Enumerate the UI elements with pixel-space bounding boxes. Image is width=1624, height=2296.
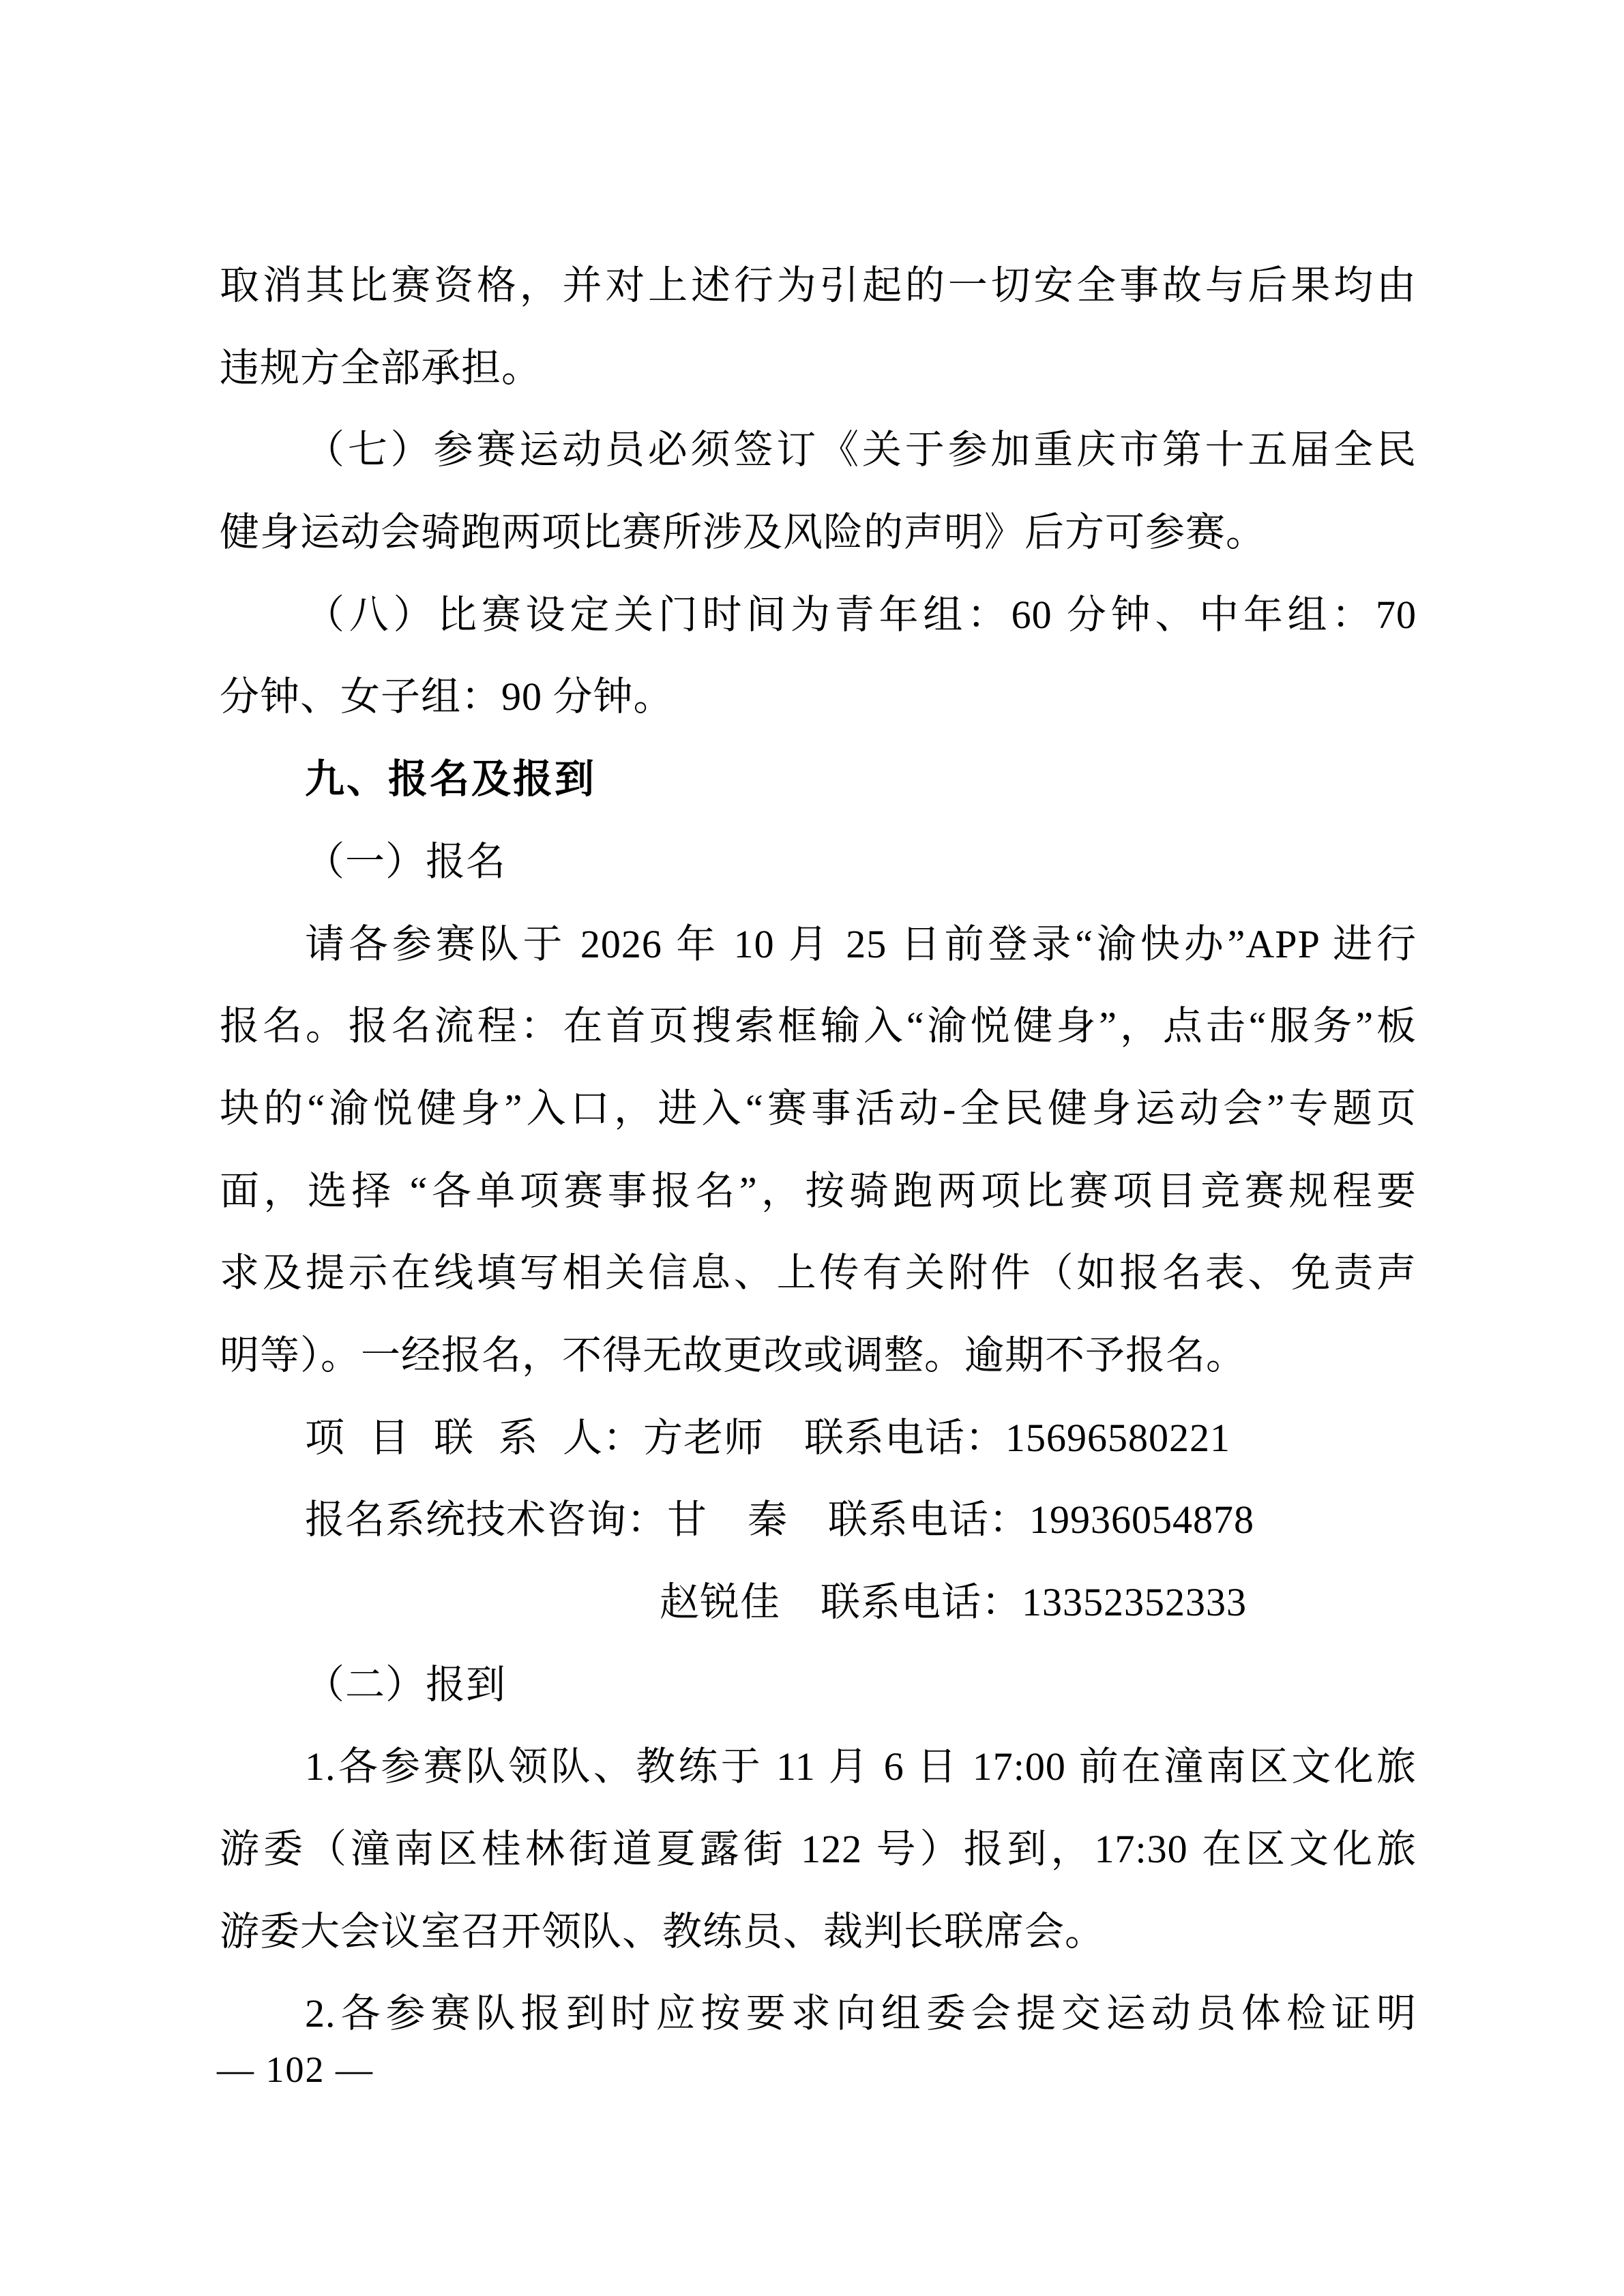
text-line: 健身运动会骑跑两项比赛所涉及风险的声明》后方可参赛。 [220, 492, 1417, 574]
contact-line: 项 目 联 系 人：方老师 联系电话：15696580221 [220, 1397, 1417, 1480]
text-line: 违规方全部承担。 [220, 327, 1417, 410]
text-line: 求及提示在线填写相关信息、上传有关附件（如报名表、免责声 [220, 1232, 1417, 1315]
text-line: （七）参赛运动员必须签订《关于参加重庆市第十五届全民 [220, 409, 1417, 492]
text-line: 报名。报名流程：在首页搜索框输入“渝悦健身”，点击“服务”板 [220, 985, 1417, 1068]
text-line: 取消其比赛资格，并对上述行为引起的一切安全事故与后果均由 [220, 245, 1417, 327]
text-line: 面，选择 “各单项赛事报名”，按骑跑两项比赛项目竞赛规程要 [220, 1150, 1417, 1233]
section-heading: 九、报名及报到 [220, 739, 1417, 821]
text-line: 2.各参赛队报到时应按要求向组委会提交运动员体检证明 [220, 1973, 1417, 2055]
text-line: （八）比赛设定关门时间为青年组：60 分钟、中年组：70 [220, 574, 1417, 657]
text-line: 明等）。一经报名，不得无故更改或调整。逾期不予报名。 [220, 1315, 1417, 1397]
text-line: 请各参赛队于 2026 年 10 月 25 日前登录“渝快办”APP 进行 [220, 904, 1417, 986]
document-body: 取消其比赛资格，并对上述行为引起的一切安全事故与后果均由 违规方全部承担。 （七… [220, 245, 1417, 2055]
subsection-label: （一）报名 [220, 821, 1417, 904]
page-footer: — 102 — [217, 2036, 374, 2104]
text-line: 块的“渝悦健身”入口，进入“赛事活动-全民健身运动会”专题页 [220, 1068, 1417, 1150]
contact-line: 报名系统技术咨询：甘 秦 联系电话：19936054878 [220, 1479, 1417, 1562]
page-number: — 102 — [217, 2049, 374, 2090]
text-line: 游委大会议室召开领队、教练员、裁判长联席会。 [220, 1891, 1417, 1973]
text-line: 1.各参赛队领队、教练于 11 月 6 日 17:00 前在潼南区文化旅 [220, 1726, 1417, 1808]
contact-line: 赵锐佳 联系电话：13352352333 [220, 1562, 1417, 1644]
text-line: 游委（潼南区桂林街道夏露街 122 号）报到，17:30 在区文化旅 [220, 1808, 1417, 1891]
document-page: 取消其比赛资格，并对上述行为引起的一切安全事故与后果均由 违规方全部承担。 （七… [0, 0, 1624, 2296]
text-line: 分钟、女子组：90 分钟。 [220, 656, 1417, 739]
subsection-label: （二）报到 [220, 1644, 1417, 1727]
